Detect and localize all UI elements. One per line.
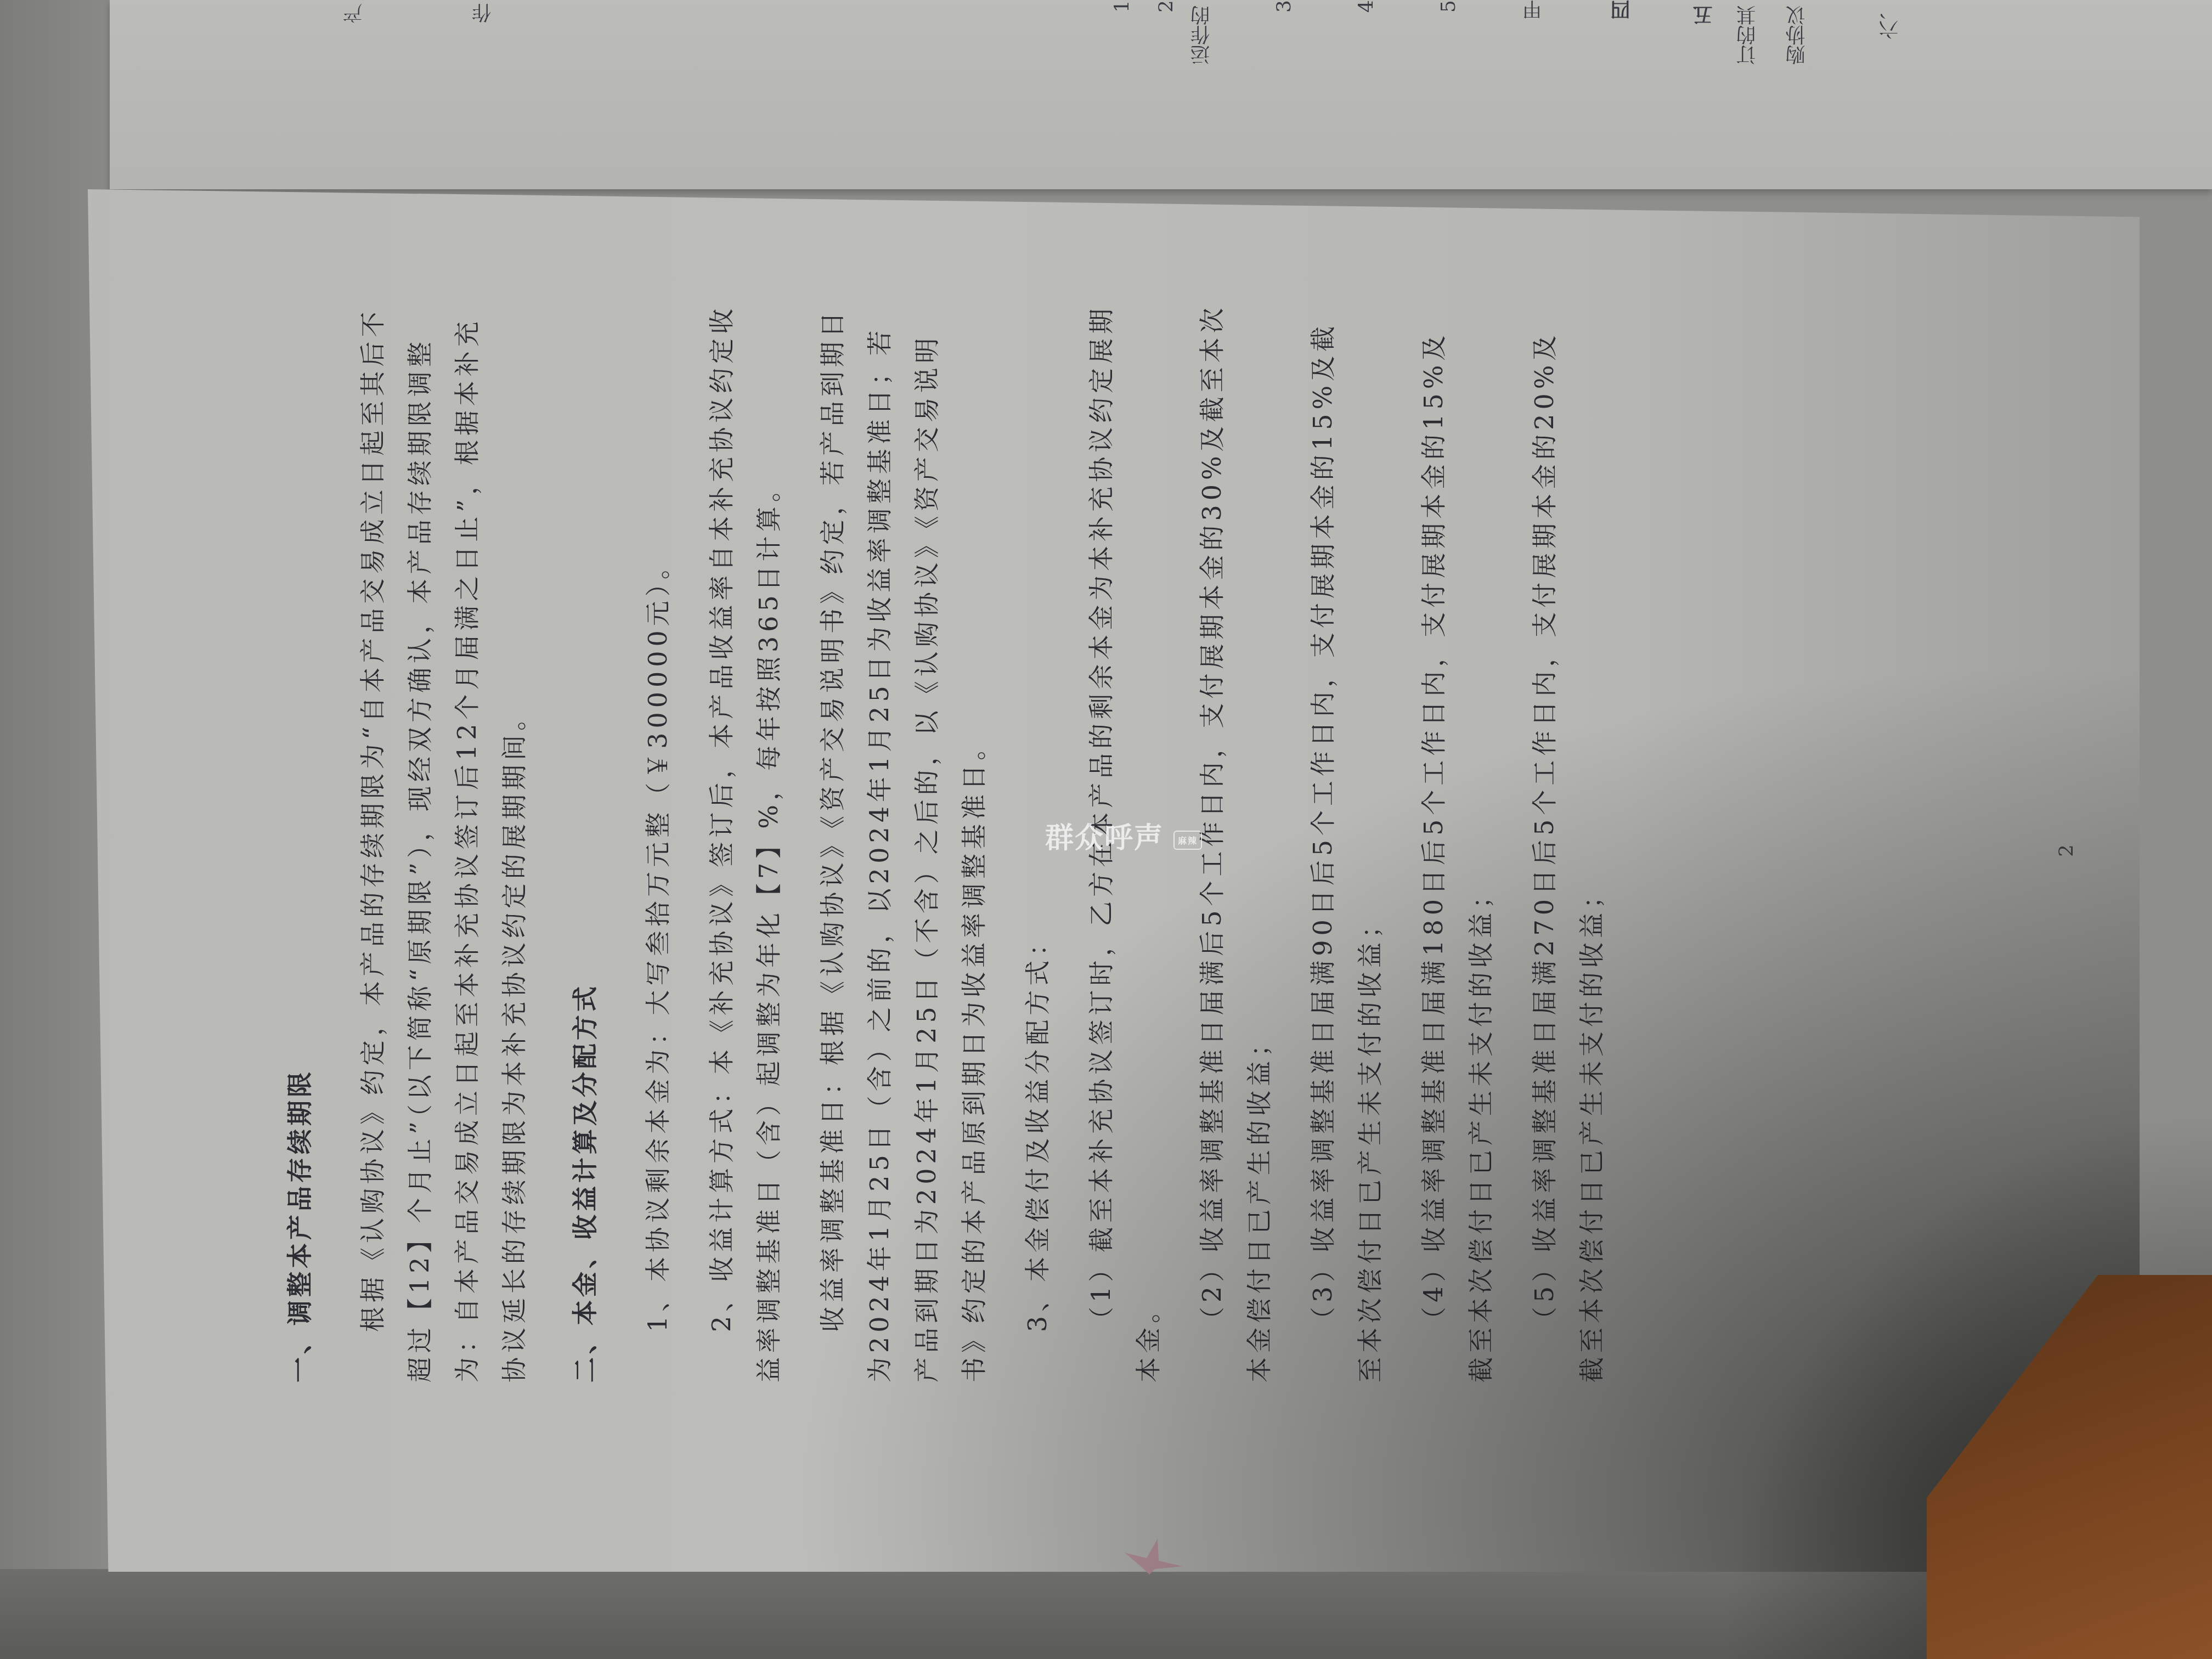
back-fragment: 5 xyxy=(1437,0,1460,13)
distribution-item-5: （5）收益率调整基准日届满270日后5个工作日内，支付展期本金的20%及截至本次… xyxy=(1521,302,1615,1383)
clause-principal: 1、本协议剩余本金为：大写叁拾万元整（￥300000元）。 xyxy=(634,302,681,1383)
background-page: 产 作 1 2 运作的 3 4 5 甲 四 五 订的其 购协议 六、 xyxy=(110,0,2212,189)
section-1-paragraph: 根据《认购协议》约定，本产品的存续期限为“自本产品交易成立日起至其后不超过【12… xyxy=(349,302,538,1383)
distribution-item-2: （2）收益率调整基准日届满后5个工作日内，支付展期本金的30%及截至本次本金偿付… xyxy=(1188,302,1283,1383)
back-fragment: 作 xyxy=(469,3,497,23)
back-fragment: 4 xyxy=(1355,0,1378,13)
page-number: 2 xyxy=(2055,844,2078,857)
section-2-heading: 二、本金、收益计算及分配方式 xyxy=(565,302,601,1383)
watermark-badge: 麻辣 xyxy=(1173,831,1202,850)
back-fragment: 3 xyxy=(1273,0,1295,13)
back-fragment: 六、 xyxy=(1876,0,1904,39)
back-fragment: 1 xyxy=(1111,0,1133,13)
red-stamp-fragment xyxy=(1119,1536,1185,1575)
section-1-heading: 一、调整本产品存续期限 xyxy=(280,302,316,1383)
back-fragment: 购协议 xyxy=(1783,5,1811,65)
back-fragment: 订的其 xyxy=(1734,5,1762,65)
distribution-item-4: （4）收益率调整基准日届满180日后5个工作日内，支付展期本金的15%及截至本次… xyxy=(1410,302,1504,1383)
distribution-item-3: （3）收益率调整基准日届满90日后5个工作日内，支付展期本金的15%及截至本次偿… xyxy=(1299,302,1393,1383)
clause-adjust-date: 收益率调整基准日：根据《认购协议》《资产交易说明书》约定，若产品到期日为2024… xyxy=(809,302,997,1383)
watermark-text: 群众呼声 xyxy=(1045,822,1164,855)
watermark: 群众呼声麻辣 xyxy=(1045,815,1202,856)
back-fragment: 四 xyxy=(1607,0,1635,20)
clause-yield-method: 2、收益计算方式：本《补充协议》签订后，本产品收益率自本补充协议约定收益率调整基… xyxy=(698,302,792,1383)
back-fragment: 五 xyxy=(1690,5,1718,25)
back-fragment: 产 xyxy=(340,3,368,23)
back-fragment: 2 xyxy=(1155,0,1177,13)
back-fragment: 运作的 xyxy=(1188,5,1216,65)
back-fragment: 甲 xyxy=(1520,0,1548,20)
